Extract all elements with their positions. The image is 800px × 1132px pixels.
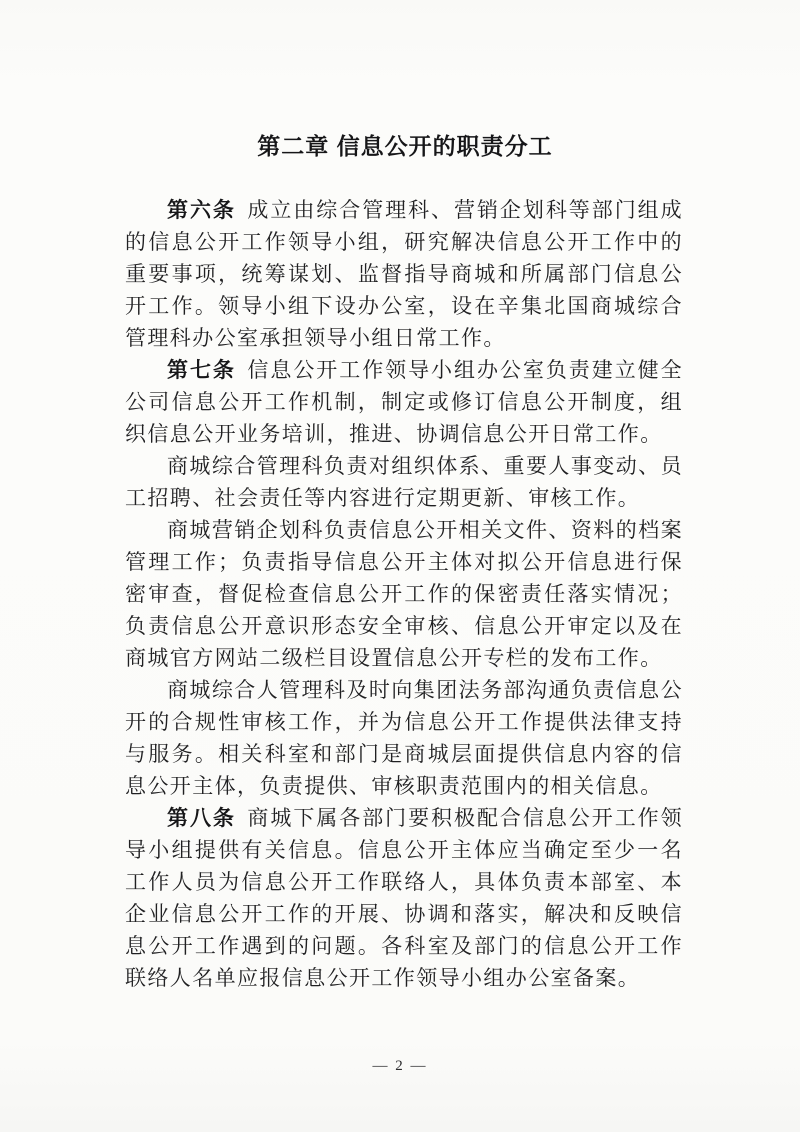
paragraph: 商城营销企划科负责信息公开相关文件、资料的档案管理工作；负责指导信息公开主体对拟… <box>125 514 683 674</box>
paragraph: 第八条商城下属各部门要积极配合信息公开工作领导小组提供有关信息。信息公开主体应当… <box>125 802 683 994</box>
document-body: 第六条成立由综合管理科、营销企划科等部门组成的信息公开工作领导小组，研究解决信息… <box>125 194 683 994</box>
paragraph: 商城综合管理科负责对组织体系、重要人事变动、员工招聘、社会责任等内容进行定期更新… <box>125 450 683 514</box>
article-lead: 第六条 <box>167 198 236 222</box>
paragraph: 第七条信息公开工作领导小组办公室负责建立健全公司信息公开工作机制，制定或修订信息… <box>125 354 683 450</box>
paragraph: 商城综合人管理科及时向集团法务部沟通负责信息公开的合规性审核工作，并为信息公开工… <box>125 674 683 802</box>
paragraph-text: 商城综合人管理科及时向集团法务部沟通负责信息公开的合规性审核工作，并为信息公开工… <box>125 678 683 798</box>
paragraph-text: 商城下属各部门要积极配合信息公开工作领导小组提供有关信息。信息公开主体应当确定至… <box>125 806 683 990</box>
paragraph: 第六条成立由综合管理科、营销企划科等部门组成的信息公开工作领导小组，研究解决信息… <box>125 194 683 354</box>
article-lead: 第八条 <box>167 806 236 830</box>
document-page: 第二章 信息公开的职责分工 第六条成立由综合管理科、营销企划科等部门组成的信息公… <box>0 0 800 1132</box>
page-title: 第二章 信息公开的职责分工 <box>125 128 685 161</box>
paragraph-text: 商城营销企划科负责信息公开相关文件、资料的档案管理工作；负责指导信息公开主体对拟… <box>125 518 683 670</box>
article-lead: 第七条 <box>167 358 236 382</box>
page-number: — 2 — <box>0 1058 800 1075</box>
paragraph-text: 商城综合管理科负责对组织体系、重要人事变动、员工招聘、社会责任等内容进行定期更新… <box>125 454 683 510</box>
